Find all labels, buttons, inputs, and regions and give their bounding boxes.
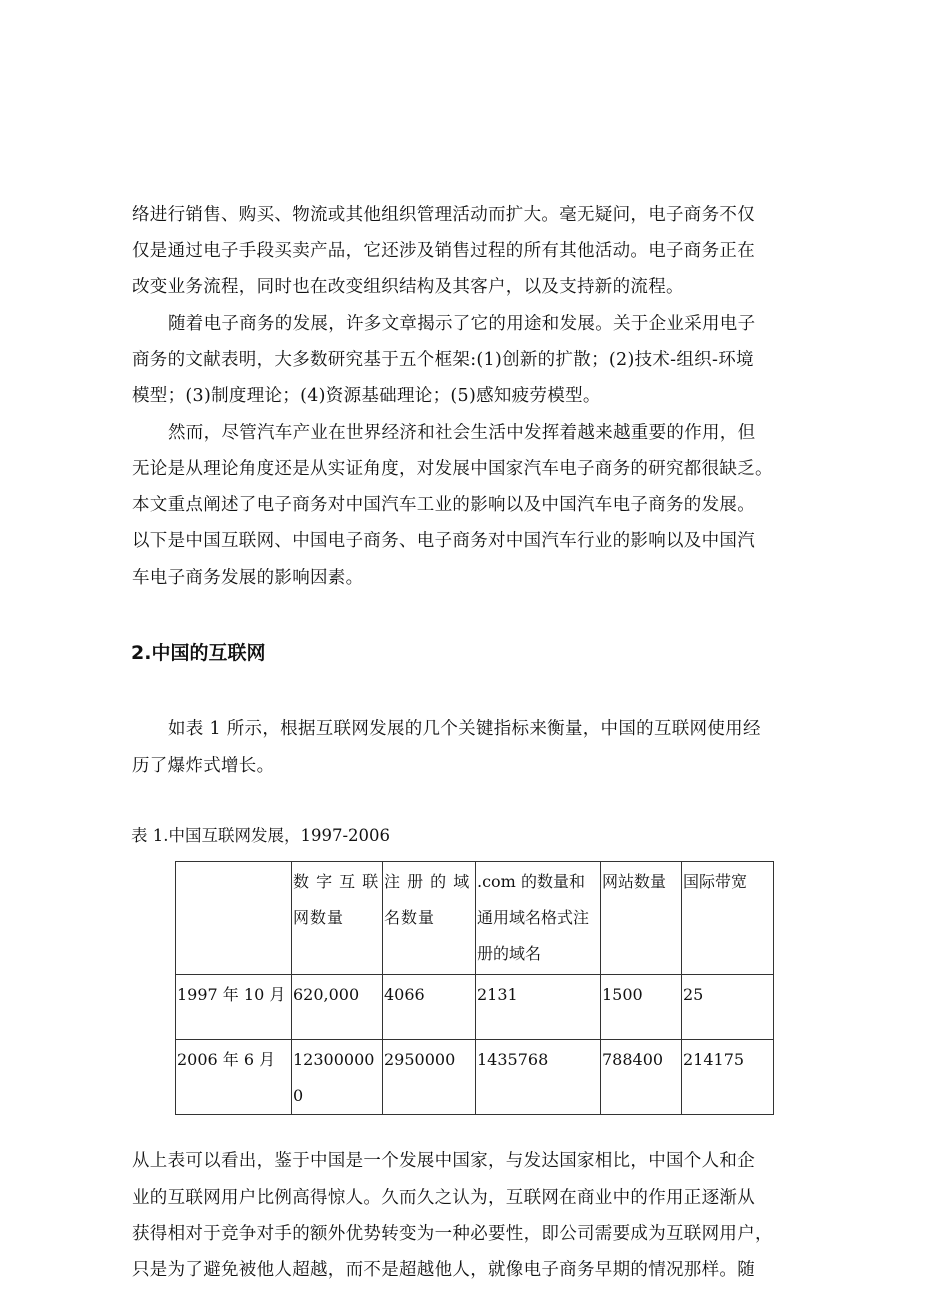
paragraph-5-line-1: 从上表可以看出，鉴于中国是一个发展中国家，与发达国家相比，中国个人和企 (132, 1151, 802, 1171)
table-cell: 25 (682, 975, 774, 1040)
paragraph-1-line-1: 络进行销售、购买、物流或其他组织管理活动而扩大。毫无疑问，电子商务不仅 (132, 205, 802, 225)
table-cell: 788400 (601, 1040, 682, 1115)
table-cell: 214175 (682, 1040, 774, 1115)
table-cell: 2006 年 6 月 (176, 1040, 292, 1115)
table-header-cell: 数 字 互 联网数量 (292, 862, 383, 975)
paragraph-5-line-4: 只是为了避免被他人超越，而不是超越他人，就像电子商务早期的情况那样。随 (132, 1260, 802, 1280)
table-cell: 2950000 (383, 1040, 476, 1115)
paragraph-4-line-1: 如表 1 所示，根据互联网发展的几个关键指标来衡量，中国的互联网使用经 (168, 719, 838, 739)
table-cell: 1435768 (476, 1040, 601, 1115)
document-page: 络进行销售、购买、物流或其他组织管理活动而扩大。毫无疑问，电子商务不仅 仅是通过… (0, 0, 926, 1309)
table-cell: 620,000 (292, 975, 383, 1040)
internet-development-table: 数 字 互 联网数量 注 册 的 域名数量 .com 的数量和通用域名格式注册的… (175, 861, 774, 1115)
table-header-cell: 网站数量 (601, 862, 682, 975)
paragraph-1-line-3: 改变业务流程，同时也在改变组织结构及其客户，以及支持新的流程。 (132, 277, 802, 297)
table-header-cell: .com 的数量和通用域名格式注册的域名 (476, 862, 601, 975)
table-row: 2006 年 6 月 123000000 2950000 1435768 788… (176, 1040, 774, 1115)
table-header-cell: 注 册 的 域名数量 (383, 862, 476, 975)
table-caption: 表 1.中国互联网发展，1997-2006 (131, 826, 390, 846)
paragraph-5-line-2: 业的互联网用户比例高得惊人。久而久之认为，互联网在商业中的作用正逐渐从 (132, 1188, 802, 1208)
table-header-row: 数 字 互 联网数量 注 册 的 域名数量 .com 的数量和通用域名格式注册的… (176, 862, 774, 975)
table-cell: 1500 (601, 975, 682, 1040)
paragraph-3-line-3: 本文重点阐述了电子商务对中国汽车工业的影响以及中国汽车电子商务的发展。 (132, 495, 802, 515)
paragraph-2-line-1: 随着电子商务的发展，许多文章揭示了它的用途和发展。关于企业采用电子 (168, 314, 838, 334)
paragraph-5-line-3: 获得相对于竞争对手的额外优势转变为一种必要性，即公司需要成为互联网用户， (132, 1224, 802, 1244)
table-cell: 4066 (383, 975, 476, 1040)
paragraph-2-line-3: 模型；(3)制度理论；(4)资源基础理论；(5)感知疲劳模型。 (132, 386, 802, 406)
paragraph-3-line-2: 无论是从理论角度还是从实证角度，对发展中国家汽车电子商务的研究都很缺乏。 (132, 459, 802, 479)
table-cell: 123000000 (292, 1040, 383, 1115)
table-cell: 2131 (476, 975, 601, 1040)
table-header-cell: 国际带宽 (682, 862, 774, 975)
paragraph-3-line-5: 车电子商务发展的影响因素。 (132, 568, 802, 588)
table-header-cell (176, 862, 292, 975)
paragraph-2-line-2: 商务的文献表明，大多数研究基于五个框架:(1)创新的扩散；(2)技术-组织-环境 (132, 350, 802, 370)
section-heading: 2.中国的互联网 (131, 641, 265, 665)
table-cell: 1997 年 10 月 (176, 975, 292, 1040)
paragraph-3-line-1: 然而，尽管汽车产业在世界经济和社会生活中发挥着越来越重要的作用，但 (168, 423, 838, 443)
paragraph-1-line-2: 仅是通过电子手段买卖产品，它还涉及销售过程的所有其他活动。电子商务正在 (132, 241, 802, 261)
table-row: 1997 年 10 月 620,000 4066 2131 1500 25 (176, 975, 774, 1040)
paragraph-3-line-4: 以下是中国互联网、中国电子商务、电子商务对中国汽车行业的影响以及中国汽 (132, 531, 802, 551)
paragraph-4-line-2: 历了爆炸式增长。 (132, 756, 802, 776)
